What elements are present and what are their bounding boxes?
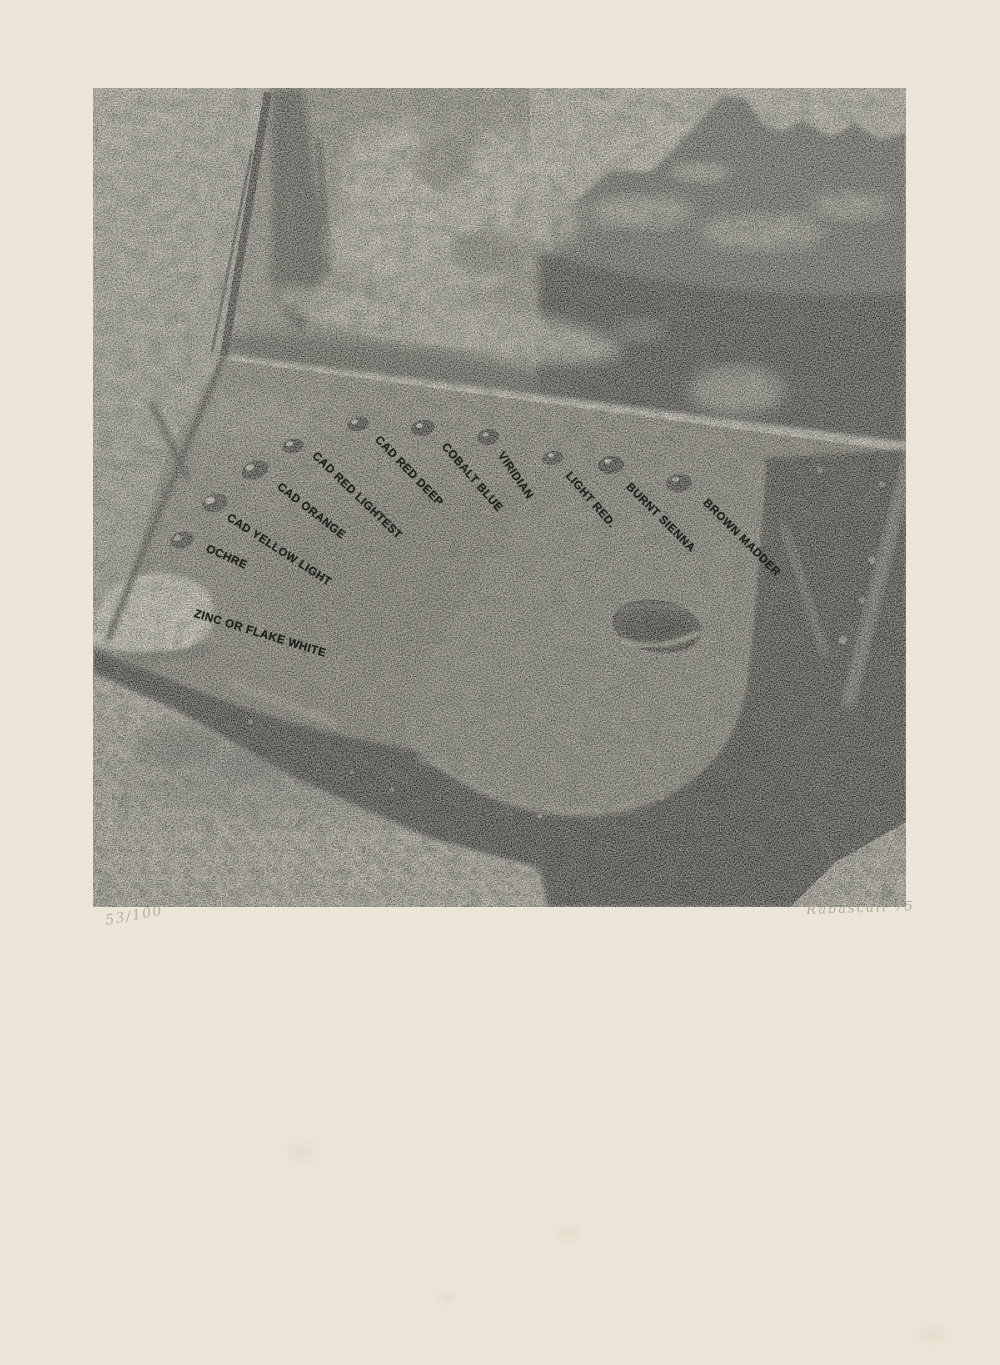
photo-print-illustration bbox=[0, 0, 1000, 1365]
paper-stain bbox=[912, 1322, 956, 1348]
print-sheet: CAD RED LIGHTEST CAD RED DEEP COBALT BLU… bbox=[0, 0, 1000, 1365]
paper-stain bbox=[552, 1220, 586, 1246]
paper-stain bbox=[282, 1136, 324, 1168]
photo-print bbox=[93, 86, 917, 907]
paper-stain bbox=[434, 1288, 460, 1308]
grain-light bbox=[93, 88, 906, 907]
